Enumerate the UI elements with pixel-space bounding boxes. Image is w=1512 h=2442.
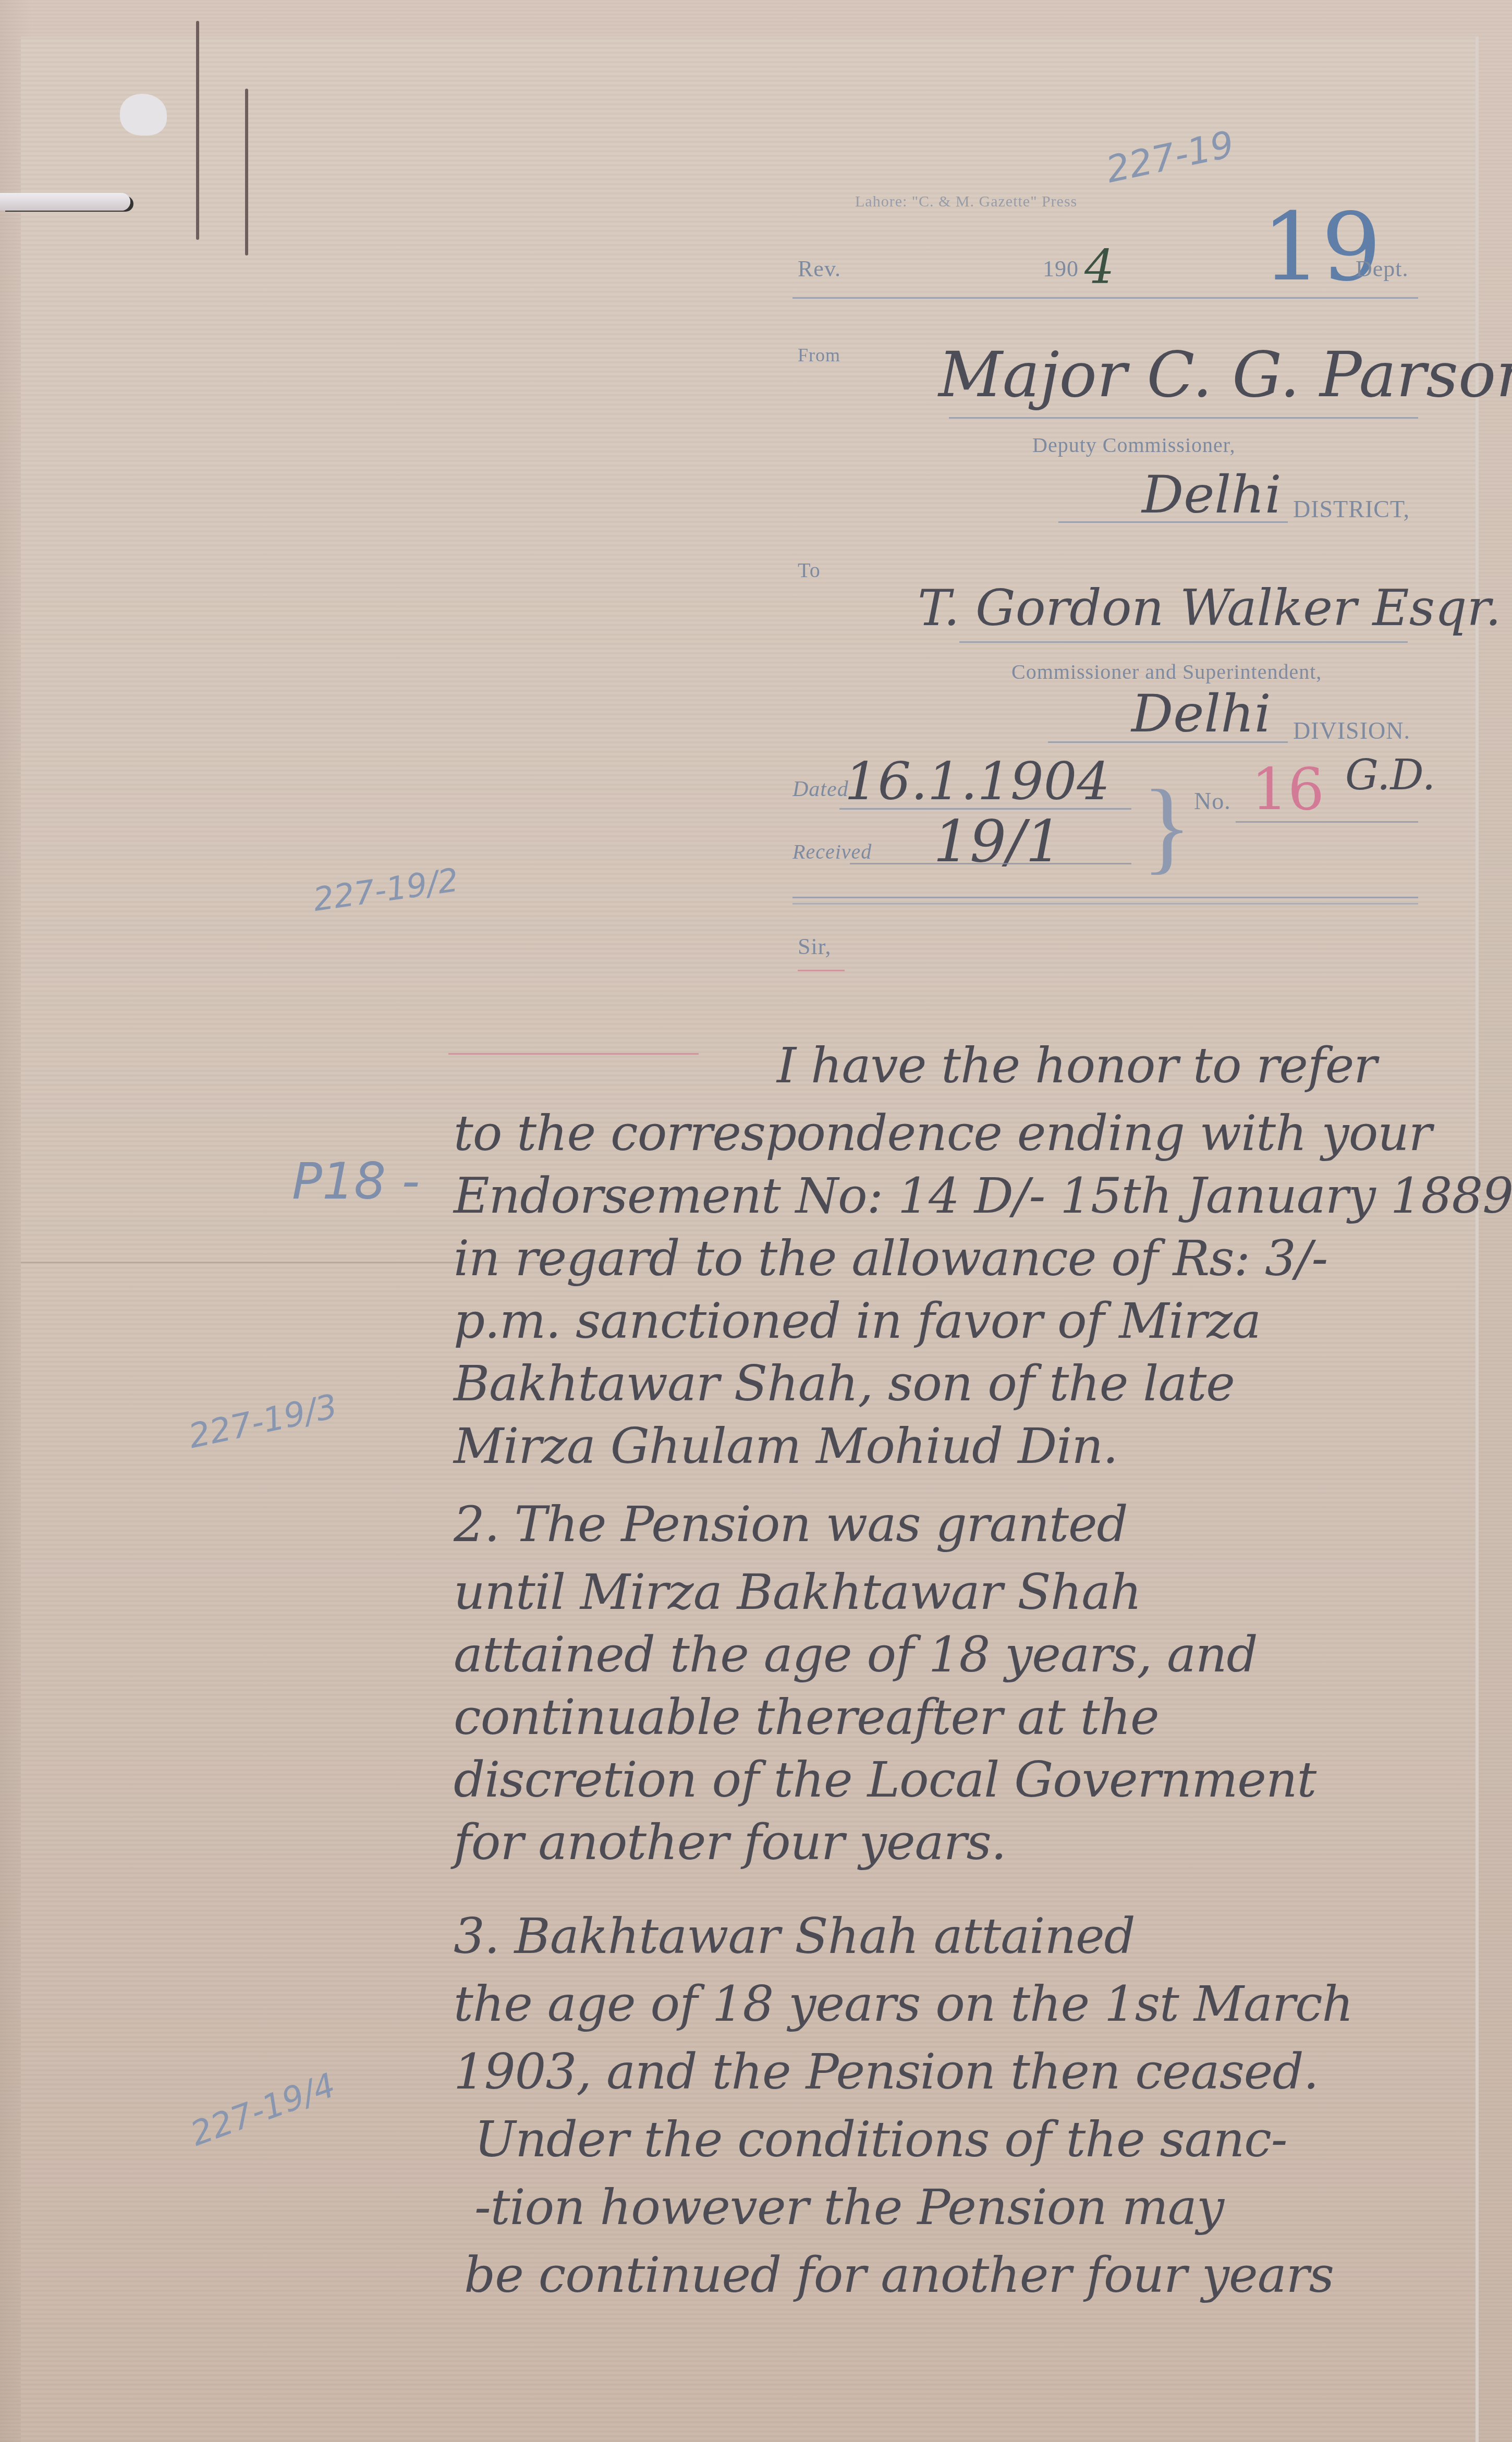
- body-line: continuable thereafter at the: [454, 1689, 1476, 1746]
- dated-label: Dated: [792, 777, 849, 802]
- clip-mark-left: [196, 21, 199, 240]
- body-line: Mirza Ghulam Mohiud Din.: [454, 1418, 1476, 1475]
- rev-label: Rev.: [798, 255, 841, 282]
- body-line: be continued for another four years: [464, 2247, 1486, 2304]
- year-printed: 190: [1043, 255, 1079, 282]
- from-label: From: [798, 344, 840, 366]
- body-line: discretion of the Local Government: [454, 1752, 1476, 1809]
- body-line: -tion however the Pension may: [474, 2179, 1496, 2236]
- brace: }: [1142, 766, 1192, 886]
- section-rule-2: [792, 903, 1418, 905]
- received-rule: [850, 863, 1131, 864]
- margin-note: P18 -: [292, 1152, 420, 1211]
- margin-note: 227-19/4: [186, 2066, 340, 2154]
- received-value: 19/1: [933, 808, 1062, 875]
- pencil-ref-top: 227-19: [1102, 123, 1238, 191]
- body-line: 1903, and the Pension then ceased.: [454, 2044, 1476, 2101]
- body-line: to the correspondence ending with your: [454, 1105, 1476, 1162]
- body-line: Endorsement No: 14 D/- 15th January 1889: [454, 1168, 1476, 1225]
- body-line: 2. The Pension was granted: [454, 1496, 1476, 1553]
- clip-mark-right: [245, 89, 248, 255]
- printer-imprint: Lahore: "C. & M. Gazette" Press: [855, 193, 1077, 211]
- letter-page: 227-19 Lahore: "C. & M. Gazette" Press R…: [21, 36, 1479, 2442]
- number-suffix: G.D.: [1345, 751, 1435, 799]
- number-value: 16: [1251, 756, 1324, 823]
- number-label: No.: [1194, 787, 1231, 815]
- division-rule: [1048, 741, 1288, 743]
- punch-hole: [120, 94, 167, 136]
- from-district-name: Delhi: [1142, 464, 1282, 525]
- file-number: 19: [1262, 193, 1381, 302]
- header-rule: [792, 297, 1418, 299]
- margin-note: 227-19/3: [185, 1387, 340, 1456]
- salutation-underline: [798, 970, 845, 971]
- district-rule: [1058, 521, 1288, 523]
- body-line: for another four years.: [454, 1814, 1476, 1871]
- to-label: To: [798, 558, 821, 582]
- number-rule: [1236, 821, 1418, 823]
- salutation: Sir,: [798, 933, 832, 960]
- to-division-name: Delhi: [1131, 683, 1271, 744]
- body-line: until Mirza Bakhtawar Shah: [454, 1564, 1476, 1621]
- dept-label: Dept.: [1356, 255, 1409, 282]
- body-line: 3. Bakhtawar Shah attained: [454, 1908, 1476, 1965]
- to-name: T. Gordon Walker Esqr. C.S.I.: [918, 579, 1512, 637]
- from-designation: Deputy Commissioner,: [1032, 433, 1236, 457]
- body-line: p.m. sanctioned in favor of Mirza: [454, 1293, 1476, 1350]
- to-name-rule: [959, 641, 1408, 643]
- section-rule-1: [792, 897, 1418, 898]
- margin-note: 227-19/2: [311, 861, 460, 919]
- dated-value: 16.1.1904: [845, 751, 1110, 812]
- scanned-document: 227-19 Lahore: "C. & M. Gazette" Press R…: [0, 0, 1512, 2442]
- body-line: Bakhtawar Shah, son of the late: [454, 1356, 1476, 1412]
- to-designation: Commissioner and Superintendent,: [1011, 660, 1322, 684]
- body-line: the age of 18 years on the 1st March: [454, 1976, 1476, 2033]
- division-label: DIVISION.: [1293, 717, 1410, 744]
- district-label: DISTRICT,: [1293, 495, 1410, 523]
- from-name-rule: [949, 417, 1418, 419]
- body-line: Under the conditions of the sanc-: [474, 2111, 1496, 2168]
- year-handwritten: 4: [1084, 240, 1114, 295]
- received-label: Received: [792, 839, 872, 864]
- body-line: I have the honor to refer: [777, 1037, 1512, 1094]
- binding-string: [0, 193, 130, 211]
- body-line: in regard to the allowance of Rs: 3/-: [454, 1230, 1476, 1287]
- from-name: Major C. G. Parsons: [938, 339, 1512, 411]
- paragraph-lead-rule: [448, 1053, 699, 1055]
- body-line: attained the age of 18 years, and: [454, 1627, 1476, 1683]
